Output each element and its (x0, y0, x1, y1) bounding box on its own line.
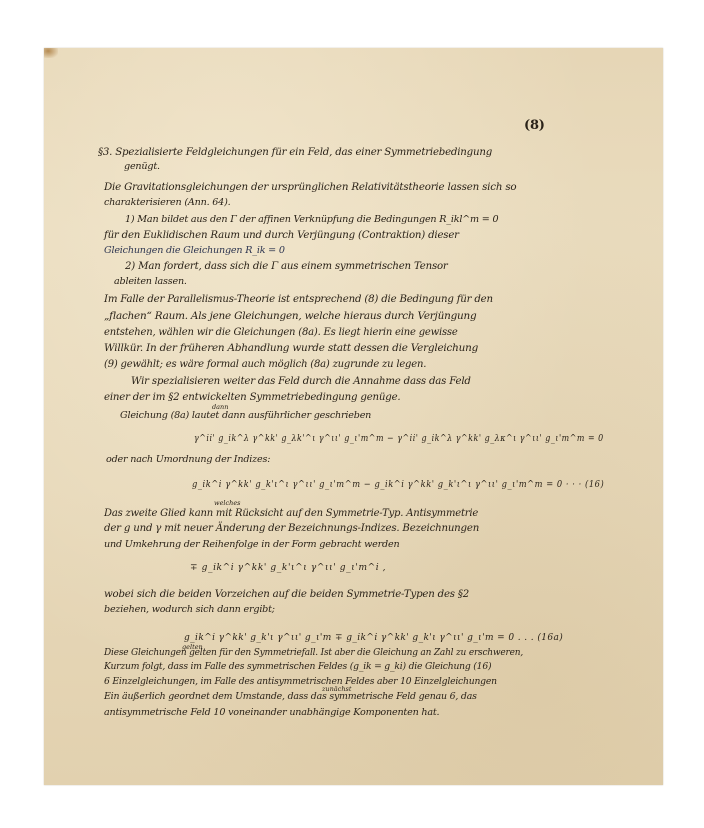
text-line: Kurzum folgt, dass im Falle des symmetri… (104, 661, 491, 672)
text-line: „flachen“ Raum. Als jene Gleichungen, we… (104, 310, 476, 322)
section-heading: §3. Spezialisierte Feldgleichungen für e… (98, 147, 492, 158)
paper-stain (44, 48, 58, 58)
equation: g_ik^i γ^kk' g_k'ι γ^ιι' g_ι'm ∓ g_ik^i … (184, 633, 563, 643)
text-line: Ein äußerlich geordnet dem Umstande, das… (104, 691, 477, 702)
text-line: oder nach Umordnung der Indizes: (106, 454, 270, 465)
text-line: entstehen, wählen wir die Gleichungen (8… (104, 327, 458, 338)
section-heading-cont: genügt. (124, 161, 160, 172)
text-line: ableiten lassen. (114, 276, 187, 287)
text-line: 2) Man fordert, dass sich die Γ aus eine… (125, 261, 448, 272)
equation: ∓ g_ik^i γ^kk' g_k'ι^ι γ^ιι' g_ι'm^i , (190, 563, 386, 573)
text-line: Diese Gleichungen gelten für den Symmetr… (104, 648, 523, 658)
text-line: wobei sich die beiden Vorzeichen auf die… (104, 589, 469, 600)
text-line: (9) gewählt; es wäre formal auch möglich… (104, 359, 426, 370)
text-line: Im Falle der Parallelismus-Theorie ist e… (104, 294, 493, 305)
text-line: charakterisieren (Ann. 64). (104, 197, 230, 208)
text-line: der g und γ mit neuer Änderung der Bezei… (104, 523, 479, 534)
text-line: Willkür. In der früheren Abhandlung wurd… (104, 342, 478, 354)
text-line: einer der im §2 entwickelten Symmetriebe… (104, 392, 400, 403)
text-line: Gleichungen die Gleichungen R_ik = 0 (104, 245, 285, 256)
text-line: Die Gravitationsgleichungen der ursprüng… (104, 181, 516, 193)
page-number: (8) (524, 118, 545, 133)
text-line: 6 Einzelgleichungen, im Falle des antisy… (104, 676, 497, 687)
text-line: Wir spezialisieren weiter das Feld durch… (131, 376, 471, 387)
text-line: beziehen, wodurch sich dann ergibt; (104, 604, 275, 615)
text-line: Gleichung (8a) lautet dann ausführlicher… (120, 410, 371, 421)
text-line: antisymmetrische Feld 10 voneinander una… (104, 707, 439, 718)
equation: g_ik^i γ^kk' g_k'ι^ι γ^ιι' g_ι'm^m − g_i… (192, 480, 604, 490)
interlinear-insertion: welches (214, 499, 241, 507)
text-line: 1) Man bildet aus den Γ der affinen Verk… (125, 214, 498, 225)
text-line: Das zweite Glied kann mit Rücksicht auf … (104, 508, 478, 519)
manuscript-page: (8) §3. Spezialisierte Feldgleichungen f… (44, 48, 663, 785)
equation: γ^ii' g_ik^λ γ^kk' g_λk'^ι γ^ιι' g_ι'm^m… (194, 434, 604, 444)
text-line: für den Euklidischen Raum und durch Verj… (104, 230, 459, 241)
text-line: und Umkehrung der Reihenfolge in der For… (104, 539, 399, 550)
